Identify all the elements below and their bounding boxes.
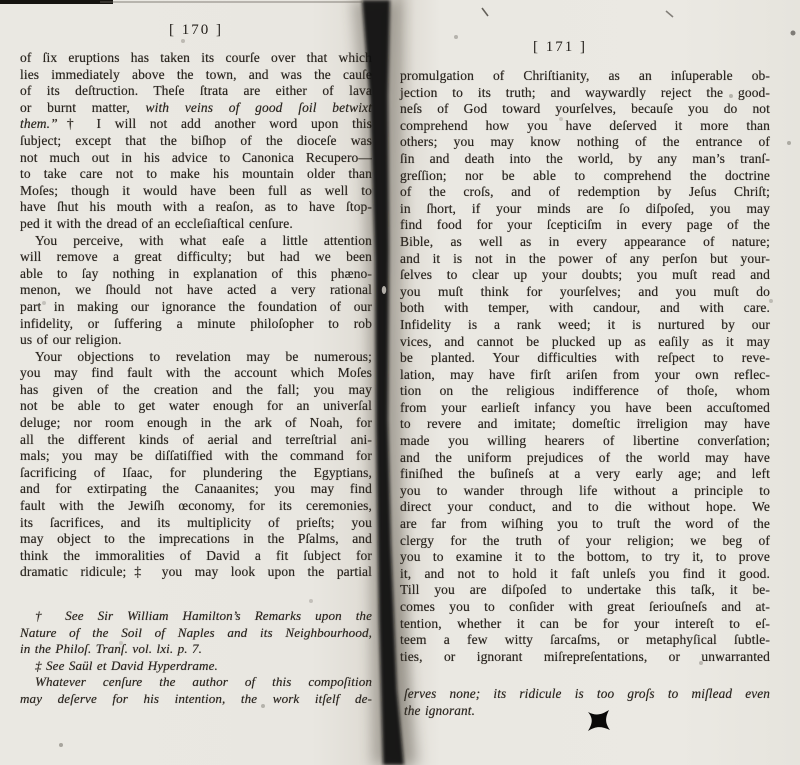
text-line: tion on the religious indifference of th…	[400, 383, 770, 400]
text-line: Till you are diſpoſed to undertake this …	[400, 582, 770, 599]
text-line: ties, or ignorant miſrepreſentations, or…	[400, 649, 770, 666]
text-line: of the croſs, and of redemption by Jeſus…	[400, 184, 770, 201]
book-scan: [ 170 ] of ſix eruptions has taken its c…	[0, 0, 800, 765]
text-line: deluge; nor room enough in the ark of No…	[20, 415, 372, 432]
text-line: teem a few witty ſarcaſms, or metaphyſic…	[400, 632, 770, 649]
text-line: us of our religion.	[20, 332, 372, 349]
text-line: Nature of the Soil of Naples and its Nei…	[20, 625, 372, 642]
text-line: its ſacrifices, and its multiplicity of …	[20, 515, 372, 532]
text-line: and the uniform prejudices of the world …	[400, 450, 770, 467]
text-line: not much out in his advice to Canonica R…	[20, 150, 372, 167]
text-line: fault with the Jewiſh œconomy, for its c…	[20, 498, 372, 515]
text-line: others; you may know nothing of the entr…	[400, 134, 770, 151]
left-page-text: of ſix eruptions has taken its courſe ov…	[20, 50, 372, 581]
text-line: it, and not to hold it faſt unleſs you f…	[400, 566, 770, 583]
text-line: Your objections to revelation may be num…	[20, 349, 372, 366]
text-line: may object to the imprecations in the Pſ…	[20, 531, 372, 548]
text-line: to revere and imitate; domeſtic irreligi…	[400, 416, 770, 433]
text-line: in ſhort, if your minds are ſo diſpoſed,…	[400, 201, 770, 218]
paragraph: of ſix eruptions has taken its courſe ov…	[20, 50, 372, 233]
left-page-footnotes: † See Sir William Hamilton’s Remarks upo…	[20, 608, 372, 708]
text-line: both with temper, with candour, and with…	[400, 300, 770, 317]
paragraph: ſerves none; its ridicule is too groſs t…	[404, 686, 770, 719]
text-line: mals; you may be diſſatiſfied with the c…	[20, 448, 372, 465]
text-line: all the different kinds of aerial and te…	[20, 432, 372, 449]
right-page-footnote-continuation: ſerves none; its ridicule is too groſs t…	[404, 686, 770, 719]
text-line: Infidelity is a rank weed; it is nurture…	[400, 317, 770, 334]
text-line: comprehend how you have deſerved it more…	[400, 118, 770, 135]
paragraph: ‡ See Saül et David Hyperdrame.	[20, 658, 372, 675]
left-page-number: [ 170 ]	[20, 22, 372, 39]
text-line: neſs of God toward yourſelves, becauſe y…	[400, 101, 770, 118]
text-line: you muſt think for yourſelves; and you m…	[400, 284, 770, 301]
text-line: may deſerve for his intention, the work …	[20, 691, 372, 708]
paragraph: † See Sir William Hamilton’s Remarks upo…	[20, 608, 372, 658]
text-line: in the Philoſ. Tranſ. vol. lxi. p. 7.	[20, 641, 372, 658]
text-line: think the immoralities of David a fit ſu…	[20, 548, 372, 565]
text-line: or burnt matter, with veins of good ſoil…	[20, 100, 372, 117]
text-line: ped it with the dread of an eccleſiaſtic…	[20, 216, 372, 233]
right-page-number: [ 171 ]	[400, 39, 720, 56]
text-line: of its deſtruction. Theſe ſtrata are eit…	[20, 83, 372, 100]
text-line: will remove a great difficulty; but had …	[20, 249, 372, 266]
text-line: not be able to get water enough for an u…	[20, 398, 372, 415]
text-line: to take care not to make his mountain ol…	[20, 166, 372, 183]
text-line: promulgation of Chriſtianity, as an inſu…	[400, 68, 770, 85]
text-line: jection to its truth; and waywardly reje…	[400, 85, 770, 102]
text-line: ſin and death into the world, by any man…	[400, 151, 770, 168]
text-line: and for extirpating the Canaanites; you …	[20, 481, 372, 498]
text-line: of ſix eruptions has taken its courſe ov…	[20, 50, 372, 67]
text-line: has given of the creation and the fall; …	[20, 382, 372, 399]
text-line: are far from wiſhing you to truſt the wo…	[400, 516, 770, 533]
text-line: tention, whether it can be for your inte…	[400, 616, 770, 633]
text-line: ſerves none; its ridicule is too groſs t…	[404, 686, 770, 703]
text-line: lies immediately above the town, and was…	[20, 67, 372, 84]
text-line: † See Sir William Hamilton’s Remarks upo…	[20, 608, 372, 625]
text-line: you to wander through life without a pri…	[400, 483, 770, 500]
right-page-text: promulgation of Chriſtianity, as an inſu…	[400, 68, 770, 665]
text-line: dramatic ridicule;‡ you may look upon th…	[20, 564, 372, 581]
text-line: ſelves to clear up your doubts; you muſt…	[400, 267, 770, 284]
paragraph: promulgation of Chriſtianity, as an inſu…	[400, 68, 770, 665]
text-line: have ſhut his mouth with a reaſon, as to…	[20, 199, 372, 216]
text-line: You perceive, with what eaſe a little at…	[20, 233, 372, 250]
text-line: menon, we ſhould not have acted a very r…	[20, 282, 372, 299]
text-line: lation, may have firſt ariſen from your …	[400, 367, 770, 384]
right-page: [ 171 ] promulgation of Chriſtianity, as…	[400, 0, 800, 765]
paragraph: You perceive, with what eaſe a little at…	[20, 233, 372, 349]
text-line: vices, and cannot be plucked up as eaſil…	[400, 334, 770, 351]
text-line: from your earlieſt infancy you have been…	[400, 400, 770, 417]
text-line: be planted. Your difficulties with reſpe…	[400, 350, 770, 367]
text-line: direct your conduct, and to die without …	[400, 499, 770, 516]
text-line: the ignorant.	[404, 703, 770, 720]
text-line: you may find fault with the account whic…	[20, 365, 372, 382]
text-line: part in making our ignorance the foundat…	[20, 299, 372, 316]
text-line: and it is not in the power of any perſon…	[400, 251, 770, 268]
text-line: comes you to conſider with great ſeriouſ…	[400, 599, 770, 616]
text-line: able to ſay nothing in explanation of th…	[20, 266, 372, 283]
text-line: Moſes; though it would have been full as…	[20, 183, 372, 200]
text-line: infidelity, or ſuffering a minute philoſ…	[20, 316, 372, 333]
text-line: you to examine it to the bottom, to try …	[400, 549, 770, 566]
text-line: find food for your ſcepticiſm in every p…	[400, 217, 770, 234]
text-line: clergy for the truth of your religion; w…	[400, 533, 770, 550]
text-line: Whatever cenſure the author of this comp…	[20, 674, 372, 691]
text-line: greſſion; nor be able to comprehend the …	[400, 168, 770, 185]
paragraph: Your objections to revelation may be num…	[20, 349, 372, 581]
text-line: finiſhed the buſineſs at a very early ag…	[400, 466, 770, 483]
text-line: made you willing hearers of libertine co…	[400, 433, 770, 450]
text-line: ‡ See Saül et David Hyperdrame.	[20, 658, 372, 675]
paragraph: Whatever cenſure the author of this comp…	[20, 674, 372, 707]
text-line: Bible, as well as in every appearance of…	[400, 234, 770, 251]
left-page: [ 170 ] of ſix eruptions has taken its c…	[0, 0, 400, 765]
text-line: ſubject; except that the biſhop of the d…	[20, 133, 372, 150]
text-line: ſacrificing of Iſaac, for plundering the…	[20, 465, 372, 482]
text-line: them.”† I will not add another word upon…	[20, 116, 372, 133]
